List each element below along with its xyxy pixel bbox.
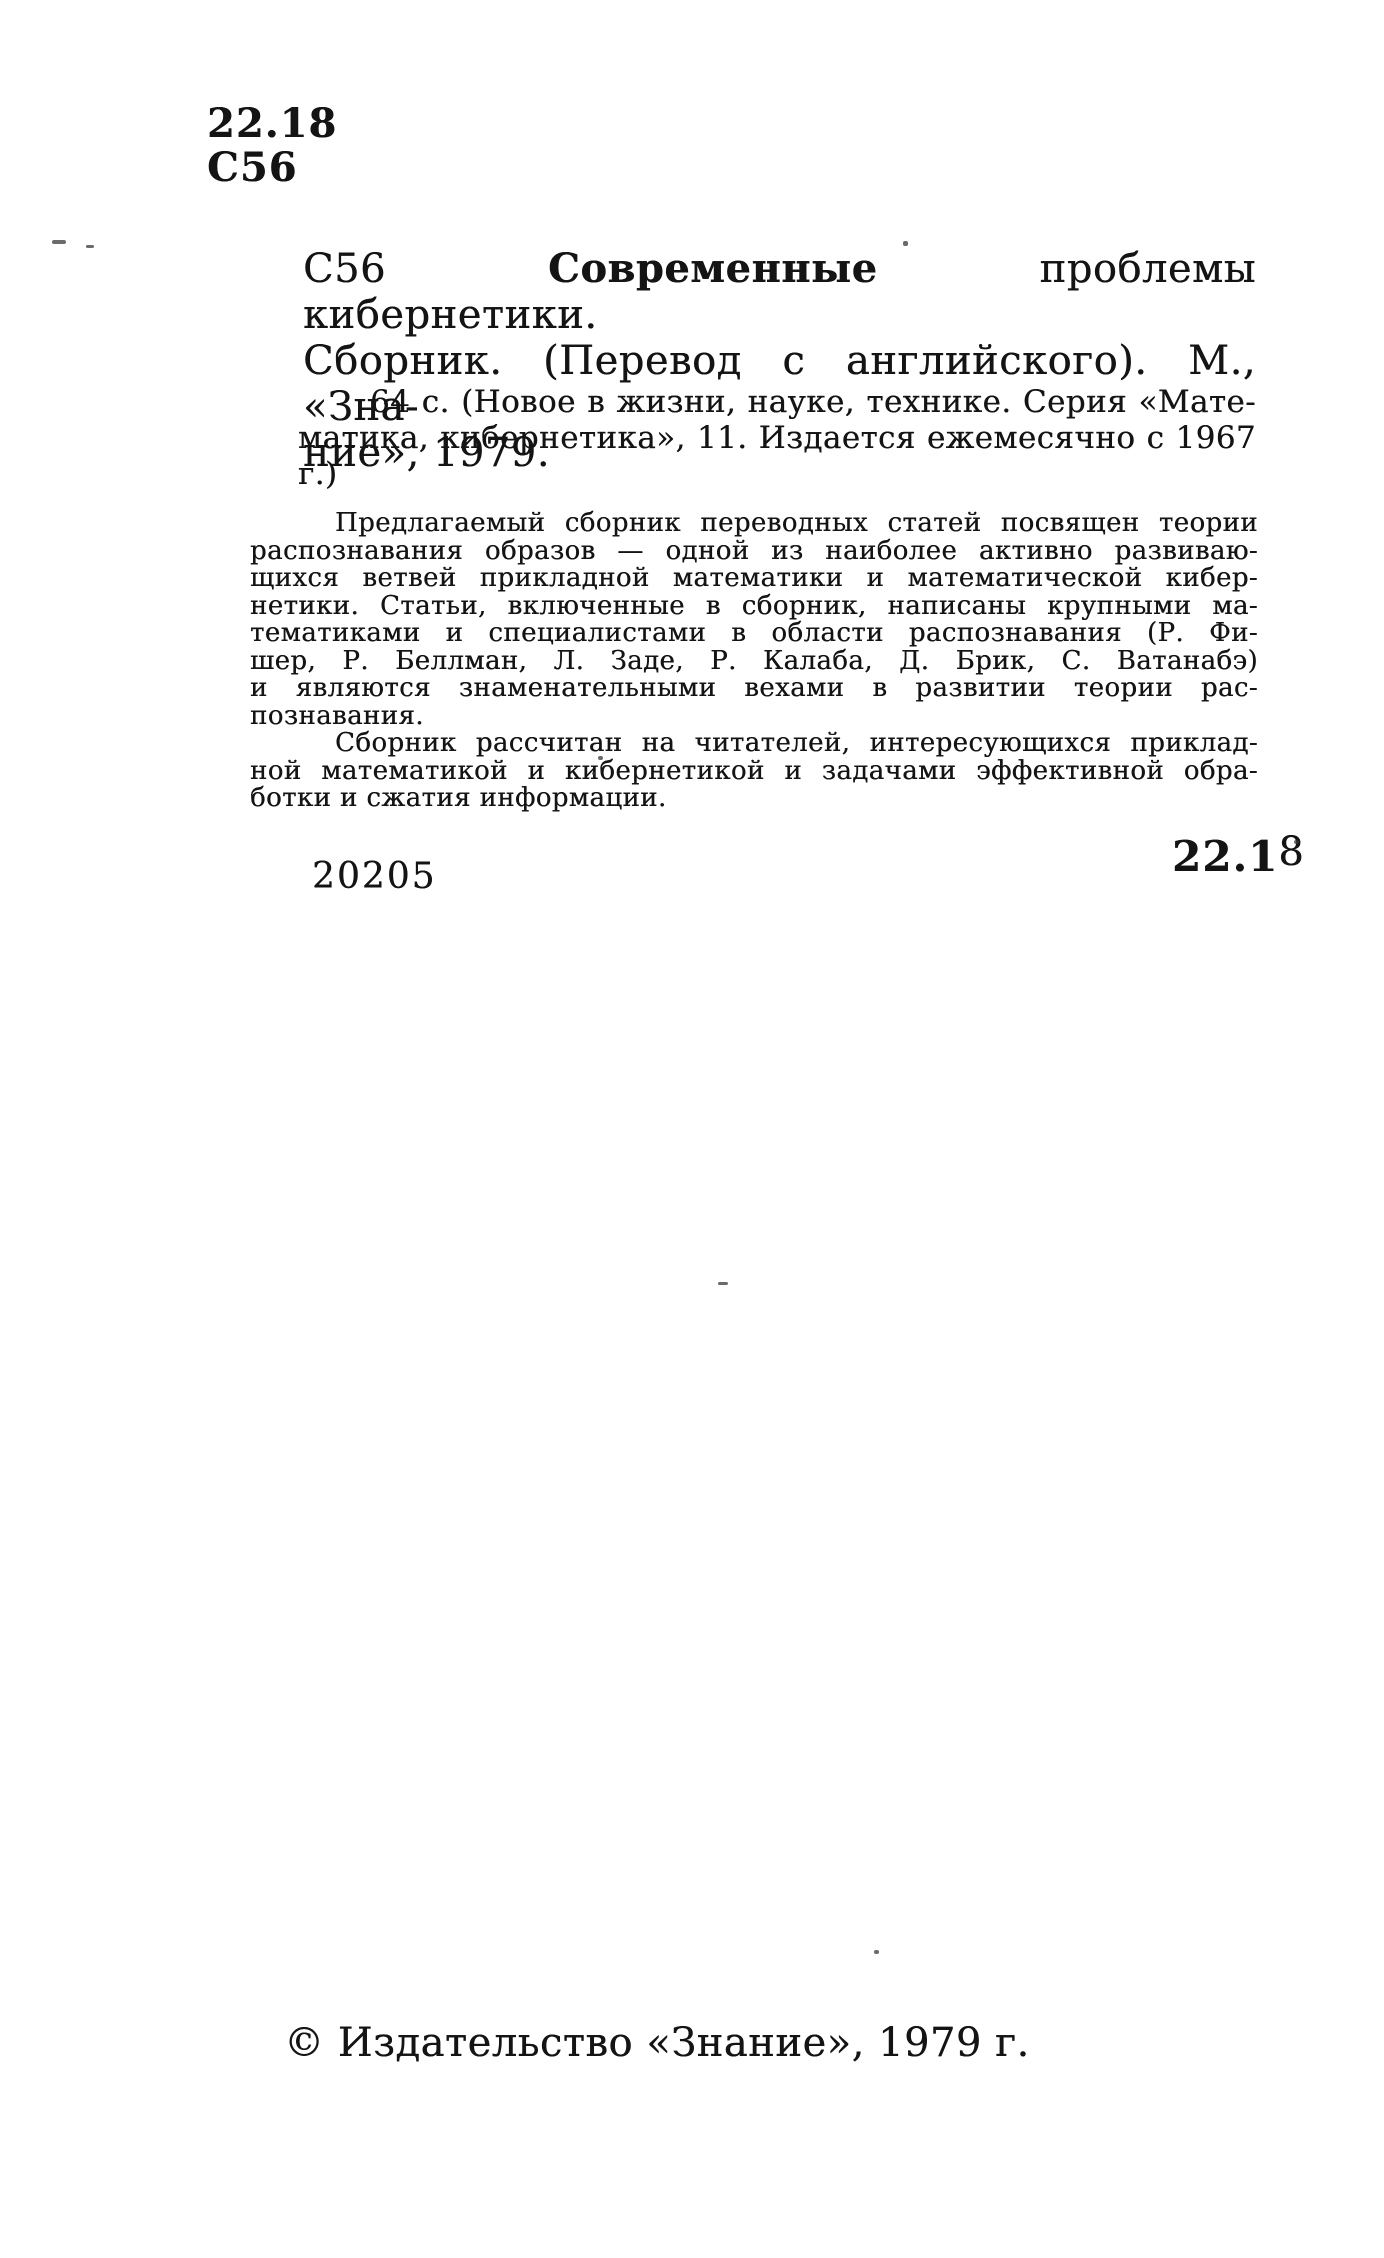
imprint-line-2: матика, кибернетика», 11. Издается ежеме… (298, 420, 1256, 492)
scan-speck (1294, 840, 1299, 844)
title-author-sign: С56 (303, 246, 386, 292)
title-main-word: Современные (548, 245, 878, 292)
scan-speck (874, 1950, 879, 1954)
annotation-line: шер, Р. Беллман, Л. Заде, Р. Калаба, Д. … (250, 648, 1258, 676)
annotation-line: распознавания образов — одной из наиболе… (250, 538, 1258, 566)
imprint-block: 64 с. (Новое в жизни, науке, технике. Се… (298, 384, 1256, 492)
title-line-1: С56 Современные проблемы кибернетики. (303, 246, 1256, 338)
annotation-line: ной математикой и кибернетикой и задачам… (250, 758, 1258, 786)
scan-speck (592, 772, 596, 775)
bbk-bottom-raised-digit: 8 (1278, 829, 1304, 875)
scan-speck (598, 756, 603, 760)
annotation-line: нетики. Статьи, включенные в сборник, на… (250, 593, 1258, 621)
annotation-line: и являются знаменательными вехами в разв… (250, 675, 1258, 703)
scan-speck (52, 240, 66, 244)
annotation-line: Предлагаемый сборник переводных статей п… (250, 510, 1258, 538)
book-imprint-page: 22.18 С56 С56 Современные проблемы кибер… (0, 0, 1384, 2258)
scan-speck (903, 241, 908, 246)
copyright-line: © Издательство «Знание», 1979 г. (284, 2020, 1030, 2066)
scan-speck (718, 1282, 728, 1285)
annotation-line: Сборник рассчитан на читателей, интересу… (250, 730, 1258, 758)
annotation-line: щихся ветвей прикладной математики и мат… (250, 565, 1258, 593)
bbk-index: 22.18 (207, 102, 337, 146)
annotation-line: познавания. (250, 703, 1258, 731)
annotation-line: тематиками и специалистами в области рас… (250, 620, 1258, 648)
bbk-number-bottom: 22.18 (1172, 832, 1305, 881)
catalog-number: 20205 (312, 856, 437, 897)
annotation-line: ботки и сжатия информации. (250, 785, 1258, 813)
scan-speck (86, 245, 94, 248)
catalog-index-top: 22.18 С56 (207, 102, 337, 190)
annotation-block: Предлагаемый сборник переводных статей п… (250, 510, 1258, 813)
author-sign: С56 (207, 146, 337, 190)
imprint-line-1: 64 с. (Новое в жизни, науке, технике. Се… (298, 384, 1256, 420)
bbk-bottom-prefix: 22.1 (1172, 832, 1278, 881)
